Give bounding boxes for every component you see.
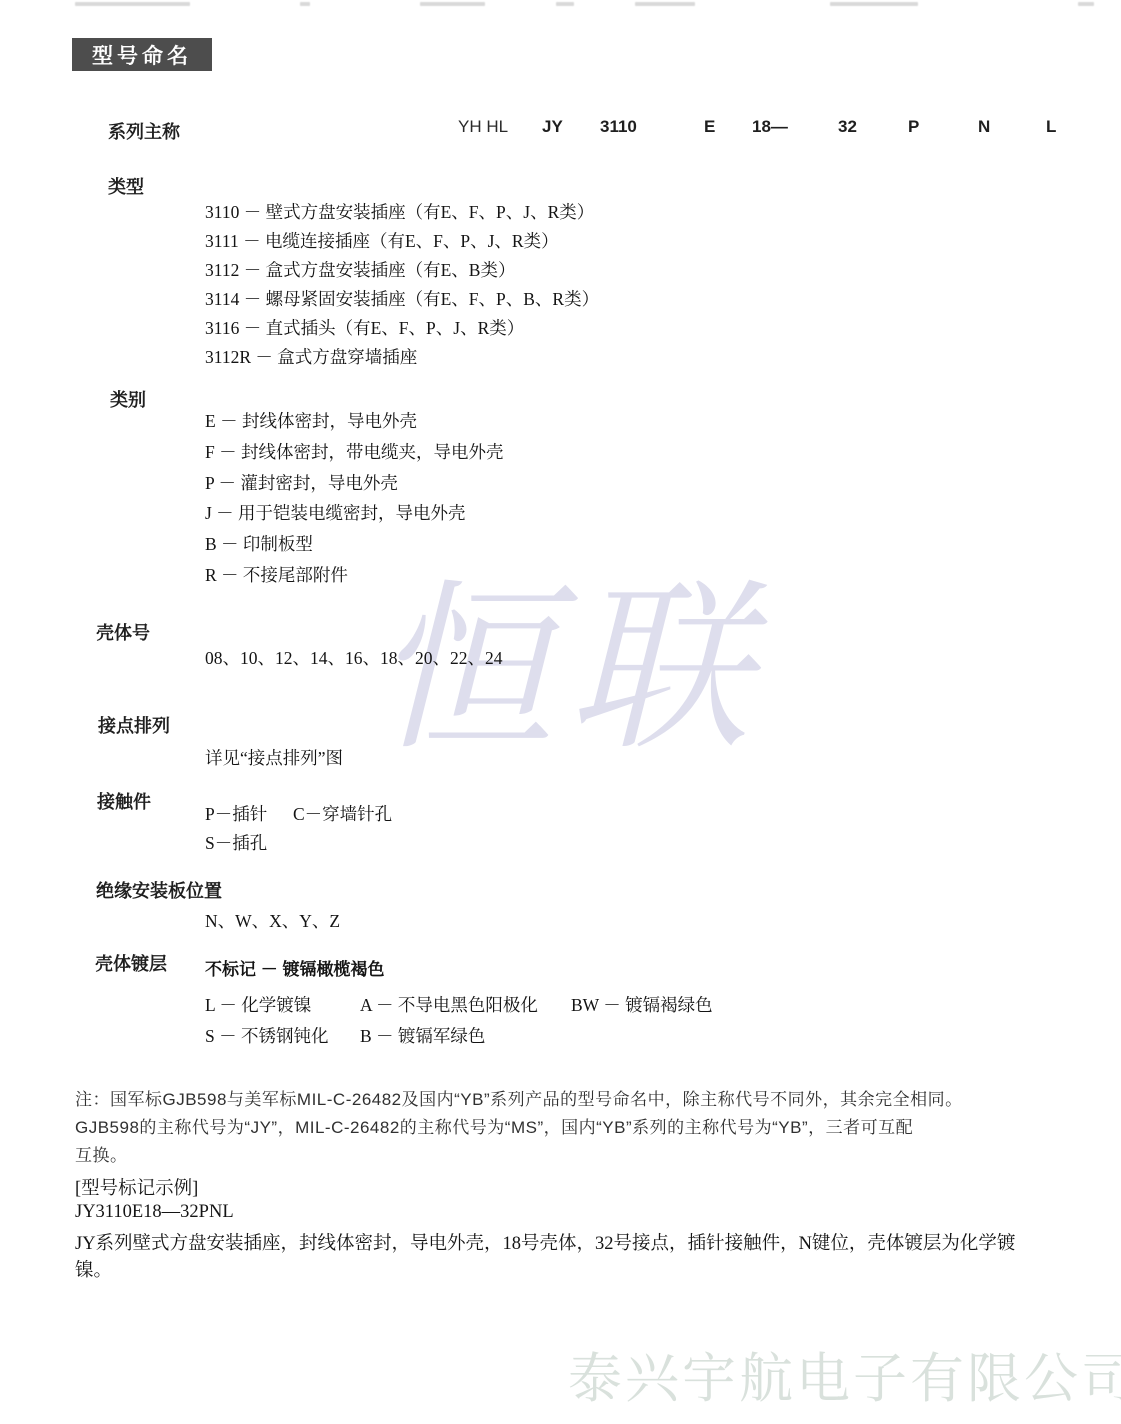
datasheet-page: 恒联 泰兴宇航电子有限公司 型号命名 系列主称 YH HL JY 3110 E … [0, 0, 1121, 1424]
scan-remnant [556, 2, 574, 6]
note-line-3: 互换。 [75, 1141, 128, 1166]
shell-size-values: 08、10、12、14、16、18、20、22、24 [205, 645, 503, 670]
series-label: 系列主称 [108, 118, 180, 144]
type-item: 3111 － 电缆连接插座（有E、F、P、J、R类） [205, 227, 599, 256]
section-header-contact-arrangement: 接点排列 [98, 712, 170, 738]
category-list: E － 封线体密封，导电外壳 F － 封线体密封，带电缆夹，导电外壳 P － 灌… [205, 406, 503, 591]
scan-remnant [300, 2, 310, 6]
keying-values: N、W、X、Y、Z [205, 908, 340, 933]
contact-arrangement-value: 详见“接点排列”图 [205, 745, 343, 770]
section-header-plating: 壳体镀层 [95, 950, 167, 976]
category-item: P － 灌封密封，导电外壳 [205, 468, 503, 499]
scan-remnant [75, 2, 190, 6]
series-code-p: P [908, 117, 919, 137]
note-line-1: 注：国军标GJB598与美军标MIL-C-26482及国内“YB”系列产品的型号… [75, 1085, 963, 1110]
series-code-n: N [978, 117, 990, 137]
plating-a: A － 不导电黑色阳极化 [360, 992, 538, 1017]
example-description-line-2: 镍。 [75, 1256, 112, 1282]
category-item: E － 封线体密封，导电外壳 [205, 406, 503, 437]
section-header-category: 类别 [110, 386, 146, 412]
type-item: 3116 － 直式插头（有E、F、P、J、R类） [205, 314, 599, 343]
scan-remnant [1078, 2, 1094, 6]
category-item: R － 不接尾部附件 [205, 560, 503, 591]
contact-socket: S－插孔 [205, 830, 267, 855]
section-header-type: 类型 [108, 173, 144, 199]
type-item: 3112R － 盒式方盘穿墙插座 [205, 343, 599, 372]
section-header-shell-size: 壳体号 [96, 619, 150, 645]
category-item: B － 印制板型 [205, 529, 503, 560]
scan-remnant [635, 2, 695, 6]
section-header-contacts: 接触件 [97, 788, 151, 814]
scan-remnant [830, 2, 918, 6]
series-code-e: E [704, 117, 715, 137]
example-title: [型号标记示例] [75, 1174, 198, 1200]
series-code-jy: JY [542, 117, 563, 137]
contact-pin: P－插针 [205, 801, 267, 826]
plating-unmarked: 不标记 － 镀镉橄榄褐色 [205, 955, 384, 980]
series-code-l: L [1046, 117, 1056, 137]
plating-l: L － 化学镀镍 [205, 992, 311, 1017]
series-code-18: 18— [752, 117, 788, 137]
section-header-keying: 绝缘安装板位置 [96, 877, 222, 903]
type-list: 3110 － 壁式方盘安装插座（有E、F、P、J、R类） 3111 － 电缆连接… [205, 198, 599, 372]
series-code-32: 32 [838, 117, 857, 137]
type-item: 3112 － 盒式方盘安装插座（有E、B类） [205, 256, 599, 285]
type-item: 3110 － 壁式方盘安装插座（有E、F、P、J、R类） [205, 198, 599, 227]
category-item: F － 封线体密封，带电缆夹，导电外壳 [205, 437, 503, 468]
plating-s: S － 不锈钢钝化 [205, 1023, 328, 1048]
scan-remnant [420, 2, 485, 6]
contact-through-wall: C－穿墙针孔 [293, 801, 392, 826]
series-code-yh-hl: YH HL [458, 117, 508, 137]
note-line-2: GJB598的主称代号为“JY”，MIL-C-26482的主称代号为“MS”，国… [75, 1113, 913, 1138]
type-item: 3114 － 螺母紧固安装插座（有E、F、P、B、R类） [205, 285, 599, 314]
plating-bw: BW － 镀镉褐绿色 [571, 992, 713, 1017]
plating-b: B － 镀镉军绿色 [360, 1023, 485, 1048]
example-model: JY3110E18—32PNL [75, 1202, 234, 1223]
example-description-line-1: JY系列壁式方盘安装插座，封线体密封，导电外壳，18号壳体，32号接点，插针接触… [75, 1229, 1015, 1255]
footer-watermark: 泰兴宇航电子有限公司 [568, 1352, 1121, 1406]
page-title: 型号命名 [72, 38, 212, 71]
series-code-3110: 3110 [600, 117, 637, 137]
category-item: J － 用于铠装电缆密封，导电外壳 [205, 498, 503, 529]
